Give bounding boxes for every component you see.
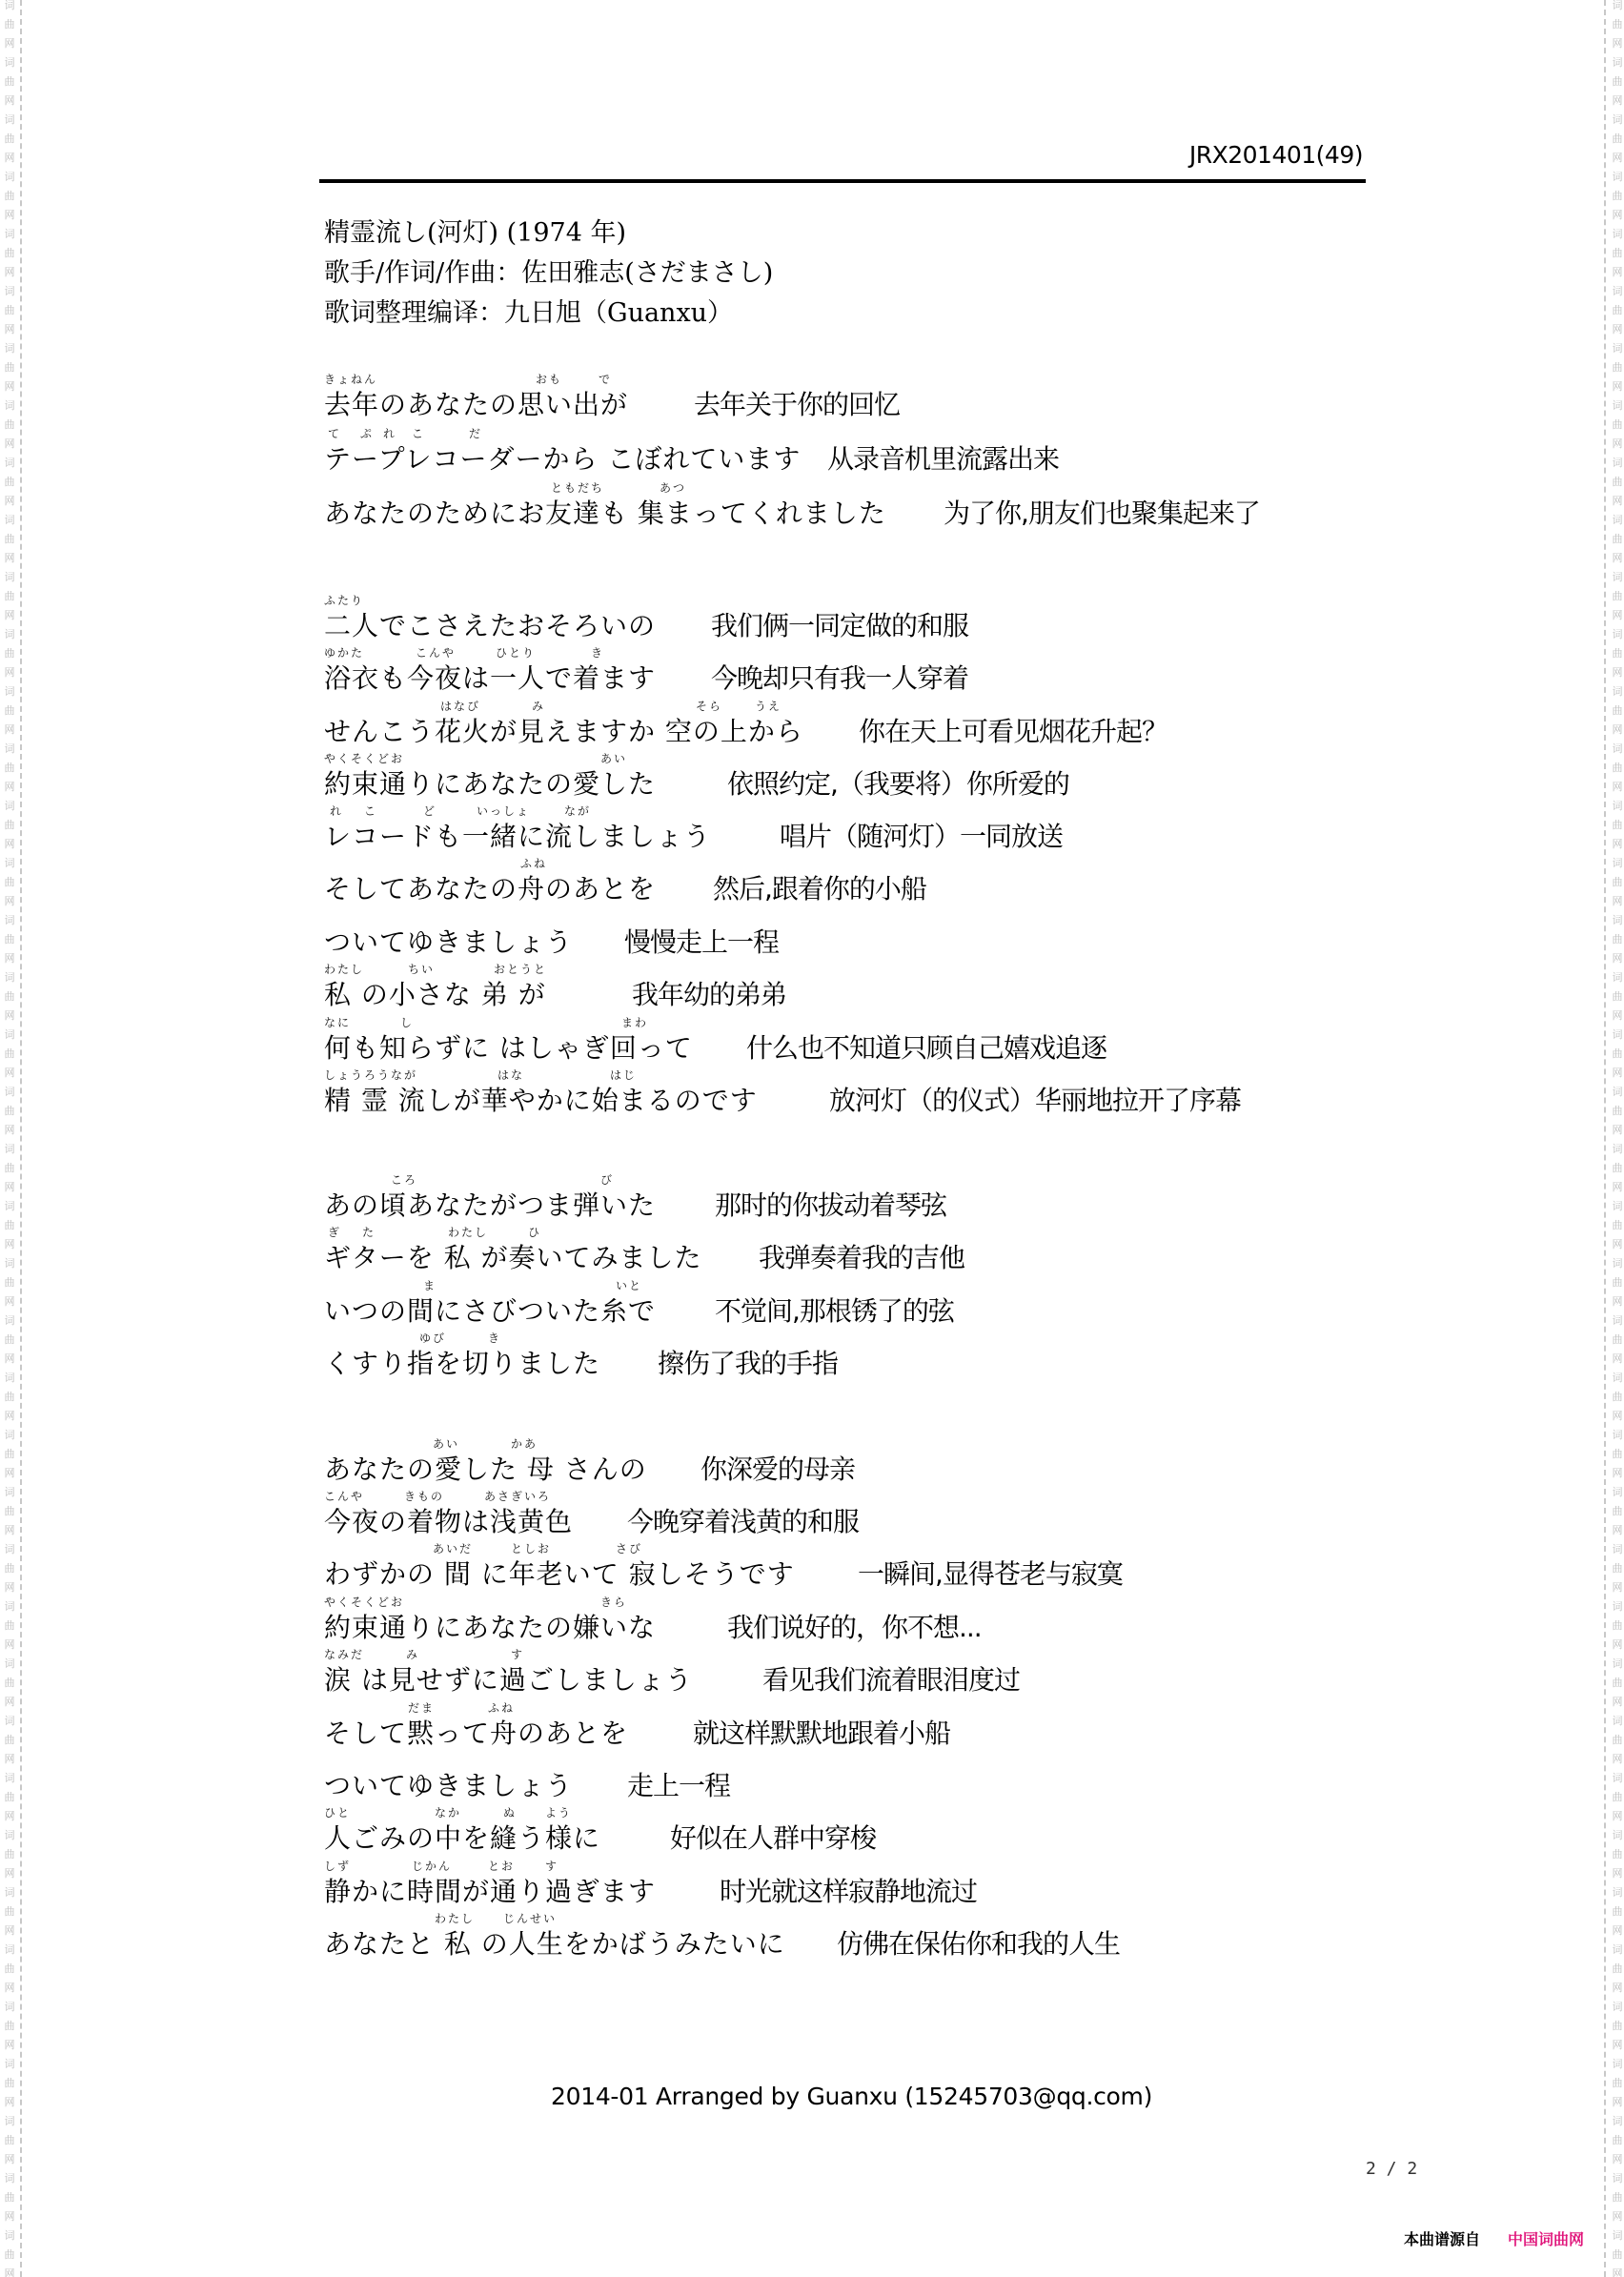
watermark-glyphs: 词曲网 (1, 1426, 18, 1483)
watermark-glyphs: 词曲网 (1, 454, 18, 511)
watermark-glyphs: 词曲网 (1, 1769, 18, 1826)
watermark-glyphs: 词曲网 (1609, 339, 1624, 396)
furigana: きら (600, 1596, 627, 1609)
watermark-glyphs: 词曲网 (1, 111, 18, 168)
watermark-glyphs: 词曲网 (1609, 1426, 1624, 1483)
watermark-glyphs: 词曲网 (1609, 2055, 1624, 2112)
japanese-lyric: 二人でこさえたおそろいの (324, 609, 656, 643)
watermark-glyphs: 词曲网 (1, 2226, 18, 2277)
watermark-glyphs: 词曲网 (1, 168, 18, 225)
japanese-lyric: わずかの 間 に年老いて 寂しそうです (324, 1557, 795, 1592)
watermark-glyphs: 词曲网 (1, 2055, 18, 2112)
japanese-lyric: くすり指を切りました (324, 1347, 600, 1381)
watermark-glyphs: 词曲网 (1609, 797, 1624, 854)
watermark-glyphs: 词曲网 (1609, 1083, 1624, 1140)
watermark-glyphs: 词曲网 (1609, 740, 1624, 797)
chinese-translation: 从录音机里流露出来 (827, 442, 1059, 477)
watermark-glyphs: 词曲网 (1, 1941, 18, 1998)
japanese-lyric: 約束通りにあなたの愛した (324, 767, 656, 802)
chinese-translation: 擦伤了我的手指 (658, 1347, 838, 1381)
chinese-translation: 走上一程 (627, 1769, 730, 1803)
chinese-translation: 我们说好的，你不想... (727, 1611, 982, 1645)
japanese-lyric: あの頃あなたがつま弾いた (324, 1189, 656, 1223)
furigana: そら (696, 700, 722, 713)
watermark-glyphs: 词曲网 (1609, 1254, 1624, 1311)
page-number: 2 / 2 (1366, 2159, 1417, 2179)
watermark-glyphs: 词曲网 (1609, 1026, 1624, 1083)
watermark-glyphs: 词曲网 (1609, 968, 1624, 1026)
japanese-lyric: そして黙って舟のあとを (324, 1717, 628, 1751)
watermark-glyphs: 词曲网 (1609, 1597, 1624, 1655)
chinese-translation: 放河灯（的仪式）华丽地拉开了序幕 (829, 1084, 1241, 1118)
furigana: なみだ (324, 1648, 364, 1661)
furigana: ともだち (551, 481, 604, 495)
furigana: あいだ (433, 1542, 473, 1555)
furigana: あい (600, 752, 627, 765)
watermark-glyphs: 词曲网 (1, 1483, 18, 1540)
watermark-glyphs: 词曲网 (1609, 1369, 1624, 1426)
furigana: き (488, 1332, 501, 1345)
chinese-translation: 时光就这样寂静地流过 (720, 1875, 977, 1909)
watermark-glyphs: 词曲网 (1, 968, 18, 1026)
watermark-glyphs: 词曲网 (1, 1083, 18, 1140)
furigana: だま (408, 1701, 435, 1715)
furigana: て (328, 427, 341, 440)
furigana: としお (511, 1542, 551, 1555)
furigana: はじ (610, 1068, 637, 1082)
watermark-glyphs: 词曲网 (1, 1026, 18, 1083)
watermark-glyphs: 词曲网 (1, 53, 18, 111)
furigana: き (591, 646, 604, 660)
chinese-translation: 仿佛在保佑你和我的人生 (837, 1927, 1120, 1962)
right-margin-dashed-line (1604, 0, 1606, 2277)
furigana: あさぎいろ (484, 1490, 551, 1503)
watermark-glyphs: 词曲网 (1609, 1998, 1624, 2055)
chinese-translation: 好似在人群中穿梭 (670, 1821, 876, 1856)
furigana: わたし (448, 1226, 488, 1239)
japanese-lyric: 今夜の着物は浅黄色 (324, 1505, 573, 1539)
japanese-lyric: あなたの愛した 母 さんの (324, 1453, 647, 1487)
watermark-glyphs: 词曲网 (1609, 1883, 1624, 1941)
header-rule (319, 179, 1366, 183)
watermark-glyphs: 词曲网 (1609, 511, 1624, 568)
furigana: やくそくどお (324, 1596, 404, 1609)
japanese-lyric: ギターを 私 が奏いてみました (324, 1241, 702, 1275)
japanese-lyric: 精 霊 流しが華やかに始まるのです (324, 1084, 758, 1118)
furigana: うえ (755, 700, 782, 713)
japanese-lyric: 去年のあなたの思い出が (324, 388, 628, 422)
furigana: び (600, 1173, 614, 1187)
chinese-translation: 一瞬间,显得苍老与寂寞 (858, 1557, 1123, 1592)
watermark-glyphs: 词曲网 (1609, 625, 1624, 682)
furigana: ま (423, 1279, 436, 1292)
furigana: じんせい (503, 1912, 557, 1925)
furigana: れ (330, 804, 343, 818)
furigana: ころ (391, 1173, 417, 1187)
watermark-glyphs: 词曲网 (1609, 282, 1624, 339)
watermark-glyphs: 词曲网 (1, 740, 18, 797)
furigana: やくそくどお (324, 752, 404, 765)
watermark-glyphs: 词曲网 (1, 1540, 18, 1597)
japanese-lyric: 涙 は見せずに過ごしましょう (324, 1663, 693, 1698)
watermark-glyphs: 词曲网 (1609, 0, 1624, 53)
furigana: こ (364, 804, 377, 818)
watermark-glyphs: 词曲网 (1, 1311, 18, 1369)
chinese-translation: 我们俩一同定做的和服 (711, 609, 968, 643)
chinese-translation: 看见我们流着眼泪度过 (762, 1663, 1020, 1698)
furigana: いっしょ (477, 804, 530, 818)
chinese-translation: 你深爱的母亲 (700, 1453, 855, 1487)
japanese-lyric: テープレコーダーから こぼれています (324, 442, 801, 477)
document-code: JRX201401(49) (1189, 141, 1363, 169)
furigana: ぬ (503, 1806, 517, 1820)
watermark-glyphs: 词曲网 (1, 396, 18, 454)
watermark-glyphs: 词曲网 (1609, 1826, 1624, 1883)
furigana: ふね (488, 1701, 515, 1715)
watermark-glyphs: 词曲网 (1609, 111, 1624, 168)
furigana: ひ (528, 1226, 541, 1239)
japanese-lyric: 何も知らずに はしゃぎ回って (324, 1031, 693, 1066)
chinese-translation: 那时的你拔动着琴弦 (715, 1189, 946, 1223)
furigana: す (511, 1648, 524, 1661)
japanese-lyric: 浴衣も今夜は一人で着ます (324, 661, 656, 696)
watermark-glyphs: 词曲网 (1, 625, 18, 682)
source-label: 本曲谱源自 (1404, 2227, 1480, 2249)
furigana: ぷ (360, 427, 374, 440)
watermark-glyphs: 词曲网 (1, 1369, 18, 1426)
watermark-glyphs: 词曲网 (1, 2169, 18, 2226)
furigana: し (400, 1016, 414, 1029)
watermark-glyphs: 词曲网 (1, 2112, 18, 2169)
watermark-glyphs: 词曲网 (1, 854, 18, 911)
watermark-glyphs: 词曲网 (1, 1254, 18, 1311)
watermark-glyphs: 词曲网 (1, 911, 18, 968)
watermark-glyphs: 词曲网 (1609, 854, 1624, 911)
furigana: よう (545, 1806, 572, 1820)
furigana: なに (324, 1016, 351, 1029)
watermark-glyphs: 词曲网 (1, 511, 18, 568)
furigana: わたし (435, 1912, 475, 1925)
furigana: じかん (412, 1860, 452, 1873)
chinese-translation: 不觉间,那根锈了的弦 (715, 1294, 954, 1329)
watermark-glyphs: 词曲网 (1, 568, 18, 625)
japanese-lyric: あなたのためにお友達も 集まってくれました (324, 497, 886, 531)
furigana: しず (324, 1860, 351, 1873)
furigana: た (362, 1226, 376, 1239)
watermark-glyphs: 词曲网 (1609, 682, 1624, 740)
chinese-translation: 就这样默默地跟着小船 (693, 1717, 950, 1751)
furigana: はな (497, 1068, 524, 1082)
chinese-translation: 今晚穿着浅黄的和服 (627, 1505, 859, 1539)
watermark-glyphs: 词曲网 (1, 339, 18, 396)
furigana: ふね (520, 857, 547, 870)
furigana: とお (488, 1860, 515, 1873)
japanese-lyric: せんこう花火が見えますか 空の上から (324, 715, 803, 749)
furigana: なが (564, 804, 591, 818)
japanese-lyric: 静かに時間が通り過ぎます (324, 1875, 656, 1909)
watermark-glyphs: 词曲网 (1, 1998, 18, 2055)
furigana: こんや (416, 646, 456, 660)
japanese-lyric: あなたと 私 の人生をかばうみたいに (324, 1927, 785, 1962)
chinese-translation: 你在天上可看见烟花升起？ (859, 715, 1167, 749)
song-credits: 歌手/作词/作曲：佐田雅志(さだまさし) (324, 257, 773, 290)
furigana: す (545, 1860, 558, 1873)
furigana: ちい (408, 963, 435, 976)
watermark-glyphs: 词曲网 (1, 1197, 18, 1254)
watermark-glyphs: 词曲网 (1, 225, 18, 282)
song-title: 精霊流し(河灯) (1974 年) (324, 217, 626, 250)
furigana: おとうと (494, 963, 547, 976)
japanese-lyric: レコードも一緒に流しましょう (324, 820, 711, 854)
watermark-glyphs: 词曲网 (1609, 568, 1624, 625)
furigana: ぎ (328, 1226, 341, 1239)
furigana: きょねん (324, 373, 377, 386)
watermark-glyphs: 词曲网 (1609, 225, 1624, 282)
chinese-translation: 依照约定,（我要将）你所爱的 (727, 767, 1069, 802)
watermark-glyphs: 词曲网 (1, 1883, 18, 1941)
watermark-glyphs: 词曲网 (1609, 2112, 1624, 2169)
furigana: ゆび (419, 1332, 446, 1345)
furigana: こ (412, 427, 425, 440)
furigana: いと (616, 1279, 642, 1292)
japanese-lyric: 約束通りにあなたの嫌いな (324, 1611, 656, 1645)
chinese-translation: 我弹奏着我的吉他 (759, 1241, 964, 1275)
watermark-glyphs: 词曲网 (1609, 168, 1624, 225)
furigana: み (406, 1648, 419, 1661)
furigana: あい (433, 1437, 459, 1451)
watermark-glyphs: 词曲网 (1609, 1311, 1624, 1369)
furigana: わたし (324, 963, 364, 976)
watermark-glyphs: 词曲网 (1, 797, 18, 854)
furigana: ど (423, 804, 436, 818)
watermark-glyphs: 词曲网 (1609, 53, 1624, 111)
japanese-lyric: 私 の小さな 弟 が (324, 978, 546, 1012)
furigana: まわ (621, 1016, 648, 1029)
furigana: だ (469, 427, 482, 440)
japanese-lyric: いつの間にさびついた糸で (324, 1294, 656, 1329)
chinese-translation: 然后,跟着你的小船 (713, 872, 926, 906)
watermark-glyphs: 词曲网 (1609, 911, 1624, 968)
watermark-glyphs: 词曲网 (1, 1597, 18, 1655)
furigana: ゆかた (324, 646, 364, 660)
furigana: み (532, 700, 545, 713)
watermark-glyphs: 词曲网 (1609, 454, 1624, 511)
japanese-lyric: 人ごみの中を縫う様に (324, 1821, 600, 1856)
watermark-glyphs: 词曲网 (1609, 2169, 1624, 2226)
watermark-glyphs: 词曲网 (1609, 1712, 1624, 1769)
chinese-translation: 为了你,朋友们也聚集起来了 (944, 497, 1260, 531)
watermark-glyphs: 词曲网 (1609, 1941, 1624, 1998)
chinese-translation: 去年关于你的回忆 (694, 388, 900, 422)
watermark-glyphs: 词曲网 (1609, 1483, 1624, 1540)
furigana: ひと (324, 1806, 351, 1820)
watermark-glyphs: 词曲网 (1609, 2226, 1624, 2277)
arranged-by-credit: 2014-01 Arranged by Guanxu (15245703@qq.… (551, 2083, 1152, 2110)
left-margin-dashed-line (20, 0, 22, 2277)
furigana: きもの (404, 1490, 444, 1503)
japanese-lyric: ついてゆきましょう (324, 925, 573, 960)
furigana: ふたり (324, 594, 364, 607)
watermark-glyphs: 词曲网 (1, 1140, 18, 1197)
watermark-glyphs: 词曲网 (1, 0, 18, 53)
chinese-translation: 唱片（随河灯）一同放送 (780, 820, 1063, 854)
watermark-glyphs: 词曲网 (1609, 1140, 1624, 1197)
chinese-translation: 我年幼的弟弟 (632, 978, 786, 1012)
watermark-glyphs: 词曲网 (1, 682, 18, 740)
furigana: なか (435, 1806, 461, 1820)
furigana: こんや (324, 1490, 364, 1503)
furigana: ひとり (496, 646, 536, 660)
chinese-translation: 什么也不知道只顾自己嬉戏追逐 (746, 1031, 1106, 1066)
source-site-link[interactable]: 中国词曲网 (1508, 2227, 1584, 2249)
watermark-glyphs: 词曲网 (1, 1712, 18, 1769)
watermark-glyphs: 词曲网 (1609, 1197, 1624, 1254)
furigana: かあ (511, 1437, 538, 1451)
watermark-glyphs: 词曲网 (1609, 1540, 1624, 1597)
furigana: おも (536, 373, 562, 386)
watermark-glyphs: 词曲网 (1609, 396, 1624, 454)
watermark-glyphs: 词曲网 (1, 282, 18, 339)
chinese-translation: 慢慢走上一程 (624, 925, 779, 960)
watermark-glyphs: 词曲网 (1609, 1769, 1624, 1826)
furigana: しょうろうなが (324, 1068, 417, 1082)
watermark-glyphs: 词曲网 (1, 1826, 18, 1883)
chinese-translation: 今晚却只有我一人穿着 (711, 661, 968, 696)
japanese-lyric: そしてあなたの舟のあとを (324, 872, 656, 906)
furigana: あつ (660, 481, 686, 495)
furigana: はなび (440, 700, 480, 713)
japanese-lyric: ついてゆきましょう (324, 1769, 573, 1803)
furigana: れ (383, 427, 396, 440)
watermark-glyphs: 词曲网 (1609, 1655, 1624, 1712)
watermark-glyphs: 词曲网 (1, 1655, 18, 1712)
arranger-credit: 歌词整理编译：九日旭（Guanxu） (324, 297, 733, 330)
furigana: さび (616, 1542, 642, 1555)
furigana: で (599, 373, 612, 386)
